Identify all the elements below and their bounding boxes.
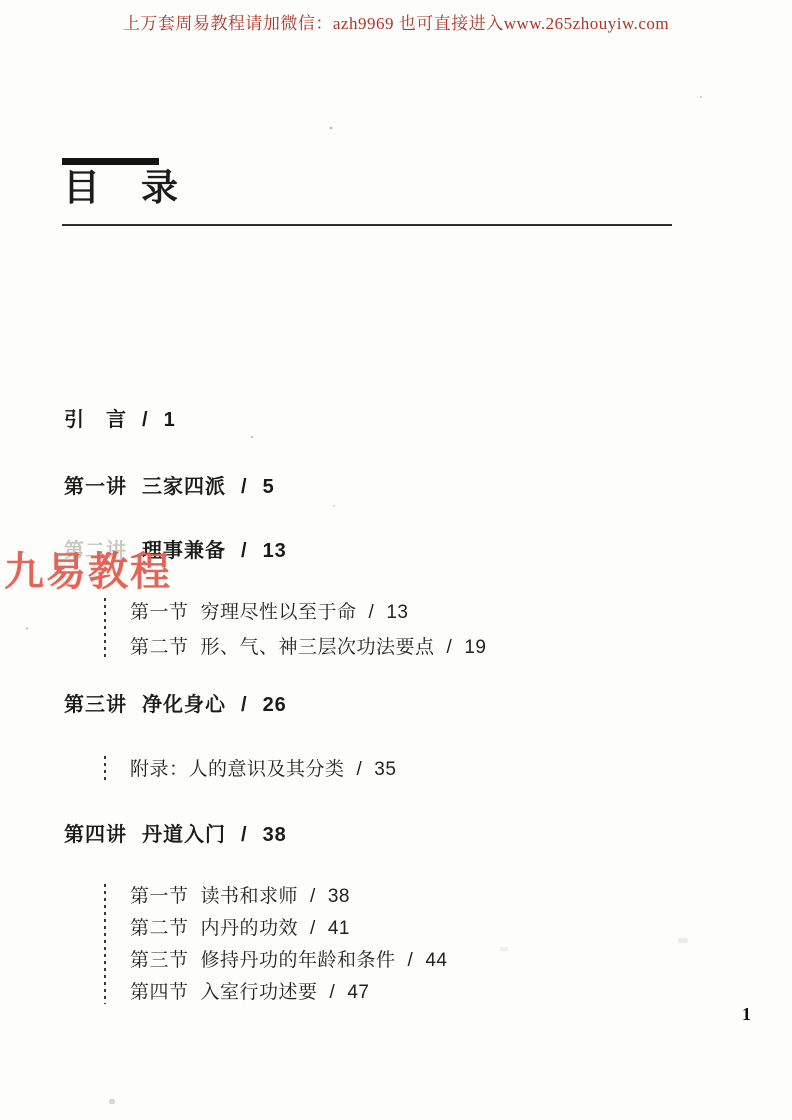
entry-separator: / [357,753,363,787]
toc-entry-section: 第一节 穷理尽性以至于命 / 13 [130,595,486,630]
toc-entry-section: 第二节 形、气、神三层次功法要点 / 19 [130,630,486,665]
entry-page-number: 13 [263,538,287,564]
toc-entry-section: 第四节 入室行功述要 / 47 [130,977,447,1009]
entry-number: 第三节 [130,945,189,977]
entry-title: 入室行功述要 [201,977,318,1009]
entry-page-number: 5 [263,474,275,500]
toc-entry-appendix: 附录：人的意识及其分类 / 35 [130,753,396,787]
entry-number: 第一节 [130,881,189,913]
entry-separator: / [369,595,375,630]
entry-page-number: 38 [328,881,350,913]
entry-page-number: 41 [328,913,350,945]
scan-speck [26,627,28,630]
scan-speck [109,1099,115,1104]
toc-entry-intro: 引 言 / 1 [64,407,176,433]
scan-speck [333,505,335,507]
scan-speck [500,947,508,951]
scan-speck [330,127,332,129]
toc-entry-section: 第二节 内丹的功效 / 41 [130,913,447,945]
entry-number: 第一讲 [64,474,127,500]
entry-number: 第一节 [130,595,189,630]
entry-title: 读书和求师 [201,881,299,913]
entry-separator: / [447,630,453,665]
entry-separator: / [241,692,248,718]
entry-number: 第四节 [130,977,189,1009]
entry-separator: / [310,881,316,913]
entry-number: 引 言 [64,407,127,433]
entry-separator: / [330,977,336,1009]
red-watermark: 九易教程 [4,540,172,597]
page-title: 目 录 [63,168,180,211]
entry-number: 第四讲 [64,822,127,848]
dotted-guide-line [104,756,106,782]
title-underline-rule [62,224,672,226]
scan-speck [678,938,688,943]
promo-header-text: 上万套周易教程请加微信：azh9969 也可直接进入www.265zhouyiw… [0,9,792,34]
entry-title: 三家四派 [142,474,226,500]
toc-entry-chapter-4: 第四讲 丹道入门 / 38 [64,822,287,848]
entry-separator: / [241,474,248,500]
entry-page-number: 1 [164,407,176,433]
entry-separator: / [408,945,414,977]
toc-entry-section: 第一节 读书和求师 / 38 [130,881,447,913]
toc-entry-chapter-3: 第三讲 净化身心 / 26 [64,692,287,718]
entry-page-number: 13 [386,595,408,630]
entry-title: 内丹的功效 [201,913,299,945]
entry-number: 第二节 [130,913,189,945]
entry-page-number: 38 [263,822,287,848]
entry-separator: / [142,407,149,433]
entry-title: 修持丹功的年龄和条件 [201,945,396,977]
entry-title: 形、气、神三层次功法要点 [201,630,435,665]
entry-page-number: 19 [464,630,486,665]
entry-separator: / [310,913,316,945]
scanned-toc-page: 上万套周易教程请加微信：azh9969 也可直接进入www.265zhouyiw… [0,0,792,1120]
entry-title: 穷理尽性以至于命 [201,595,357,630]
entry-title: 净化身心 [142,692,226,718]
folio-page-number: 1 [742,1004,751,1025]
entry-number: 第二节 [130,630,189,665]
entry-page-number: 26 [263,692,287,718]
toc-section-group-2: 附录：人的意识及其分类 / 35 [104,753,396,787]
dotted-guide-line [104,884,106,1004]
toc-entry-chapter-1: 第一讲 三家四派 / 5 [64,474,275,500]
title-bar-decoration [62,158,159,165]
entry-number: 第三讲 [64,692,127,718]
entry-page-number: 44 [425,945,447,977]
scan-speck [251,436,253,438]
entry-separator: / [241,822,248,848]
scan-speck [700,96,702,98]
entry-separator: / [241,538,248,564]
entry-title: 丹道入门 [142,822,226,848]
entry-page-number: 47 [347,977,369,1009]
toc-section-group-1: 第一节 穷理尽性以至于命 / 13 第二节 形、气、神三层次功法要点 / 19 [104,595,486,665]
toc-entry-section: 第三节 修持丹功的年龄和条件 / 44 [130,945,447,977]
dotted-guide-line [104,598,106,660]
entry-page-number: 35 [374,753,396,787]
entry-title: 附录：人的意识及其分类 [130,753,345,787]
toc-section-group-3: 第一节 读书和求师 / 38 第二节 内丹的功效 / 41 第三节 修持丹功的年… [104,881,447,1009]
